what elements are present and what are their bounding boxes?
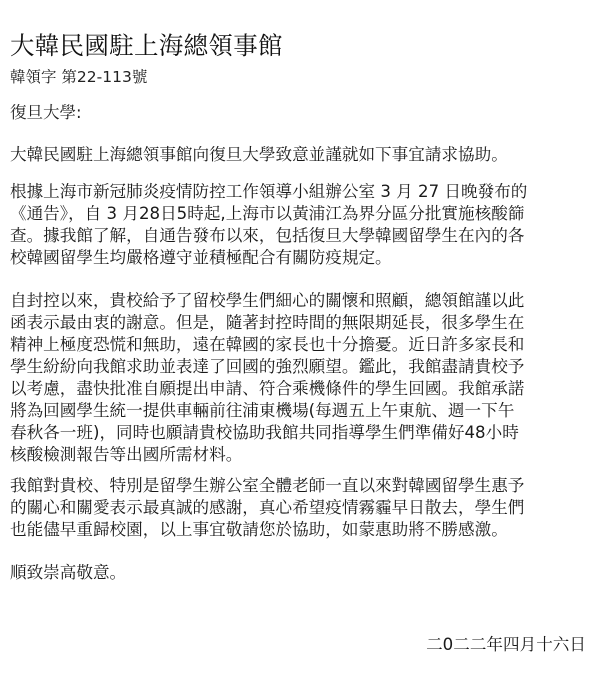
paragraph-request: 自封控以來，貴校給予了留校學生們細心的關懷和照顧，總領館謹以此 函表示最由衷的謝…	[10, 290, 595, 466]
text-line: 自封控以來，貴校給予了留校學生們細心的關懷和照顧，總領館謹以此	[10, 290, 595, 312]
text-line: 根據上海市新冠肺炎疫情防控工作領導小組辦公室 3 月 27 日晚發布的	[10, 181, 595, 203]
letter-title: 大韓民國駐上海總領事館	[10, 31, 283, 61]
letter-date: 二0二二年四月十六日	[426, 634, 586, 656]
text-line: 以考慮，盡快批准自願提出申請、符合乘機條件的學生回國。我館承諾	[10, 378, 595, 400]
text-line: 核酸檢測報告等出國所需材料。	[10, 444, 595, 466]
text-line: 精神上極度恐慌和無助，遠在韓國的家長也十分擔憂。近日許多家長和	[10, 334, 595, 356]
text-line: 查。據我館了解，自通告發布以來，包括復旦大學韓國留學生在內的各	[10, 225, 595, 247]
salutation: 復旦大學:	[10, 102, 82, 124]
text-line: 也能儘早重歸校園，以上事宜敬請您於協助，如蒙惠助將不勝感激。	[10, 519, 595, 541]
paragraph-background: 根據上海市新冠肺炎疫情防控工作領導小組辦公室 3 月 27 日晚發布的 《通告》…	[10, 181, 595, 269]
text-line: 《通告》，自 3 月28日5時起,上海市以黃浦江為界分區分批實施核酸篩	[10, 203, 595, 225]
text-line: 我館對貴校、特別是留學生辦公室全體老師一直以來對韓國留學生惠予	[10, 475, 595, 497]
text-line: 將為回國學生統一提供車輛前往浦東機場(每週五上午東航、週一下午	[10, 400, 595, 422]
paragraph-intro: 大韓民國駐上海總領事館向復旦大學致意並謹就如下事宜請求協助。	[10, 144, 595, 166]
text-line: 校韓國留學生均嚴格遵守並積極配合有關防疫規定。	[10, 247, 595, 269]
reference-number: 韓領字 第22-113號	[10, 67, 147, 87]
text-line: 順致崇高敬意。	[10, 562, 595, 584]
text-line: 學生紛紛向我館求助並表達了回國的強烈願望。鑑此，我館盡請貴校予	[10, 356, 595, 378]
paragraph-thanks: 我館對貴校、特別是留學生辦公室全體老師一直以來對韓國留學生惠予 的關心和關愛表示…	[10, 475, 595, 541]
text-line: 函表示最由衷的謝意。但是，隨著封控時間的無限期延長，很多學生在	[10, 312, 595, 334]
paragraph-closing: 順致崇高敬意。	[10, 562, 595, 584]
text-line: 春秋各一班)，同時也願請貴校協助我館共同指導學生們準備好48小時	[10, 422, 595, 444]
text-line: 的關心和關愛表示最真誠的感謝，真心希望疫情霧霾早日散去，學生們	[10, 497, 595, 519]
text-line: 大韓民國駐上海總領事館向復旦大學致意並謹就如下事宜請求協助。	[10, 144, 595, 166]
